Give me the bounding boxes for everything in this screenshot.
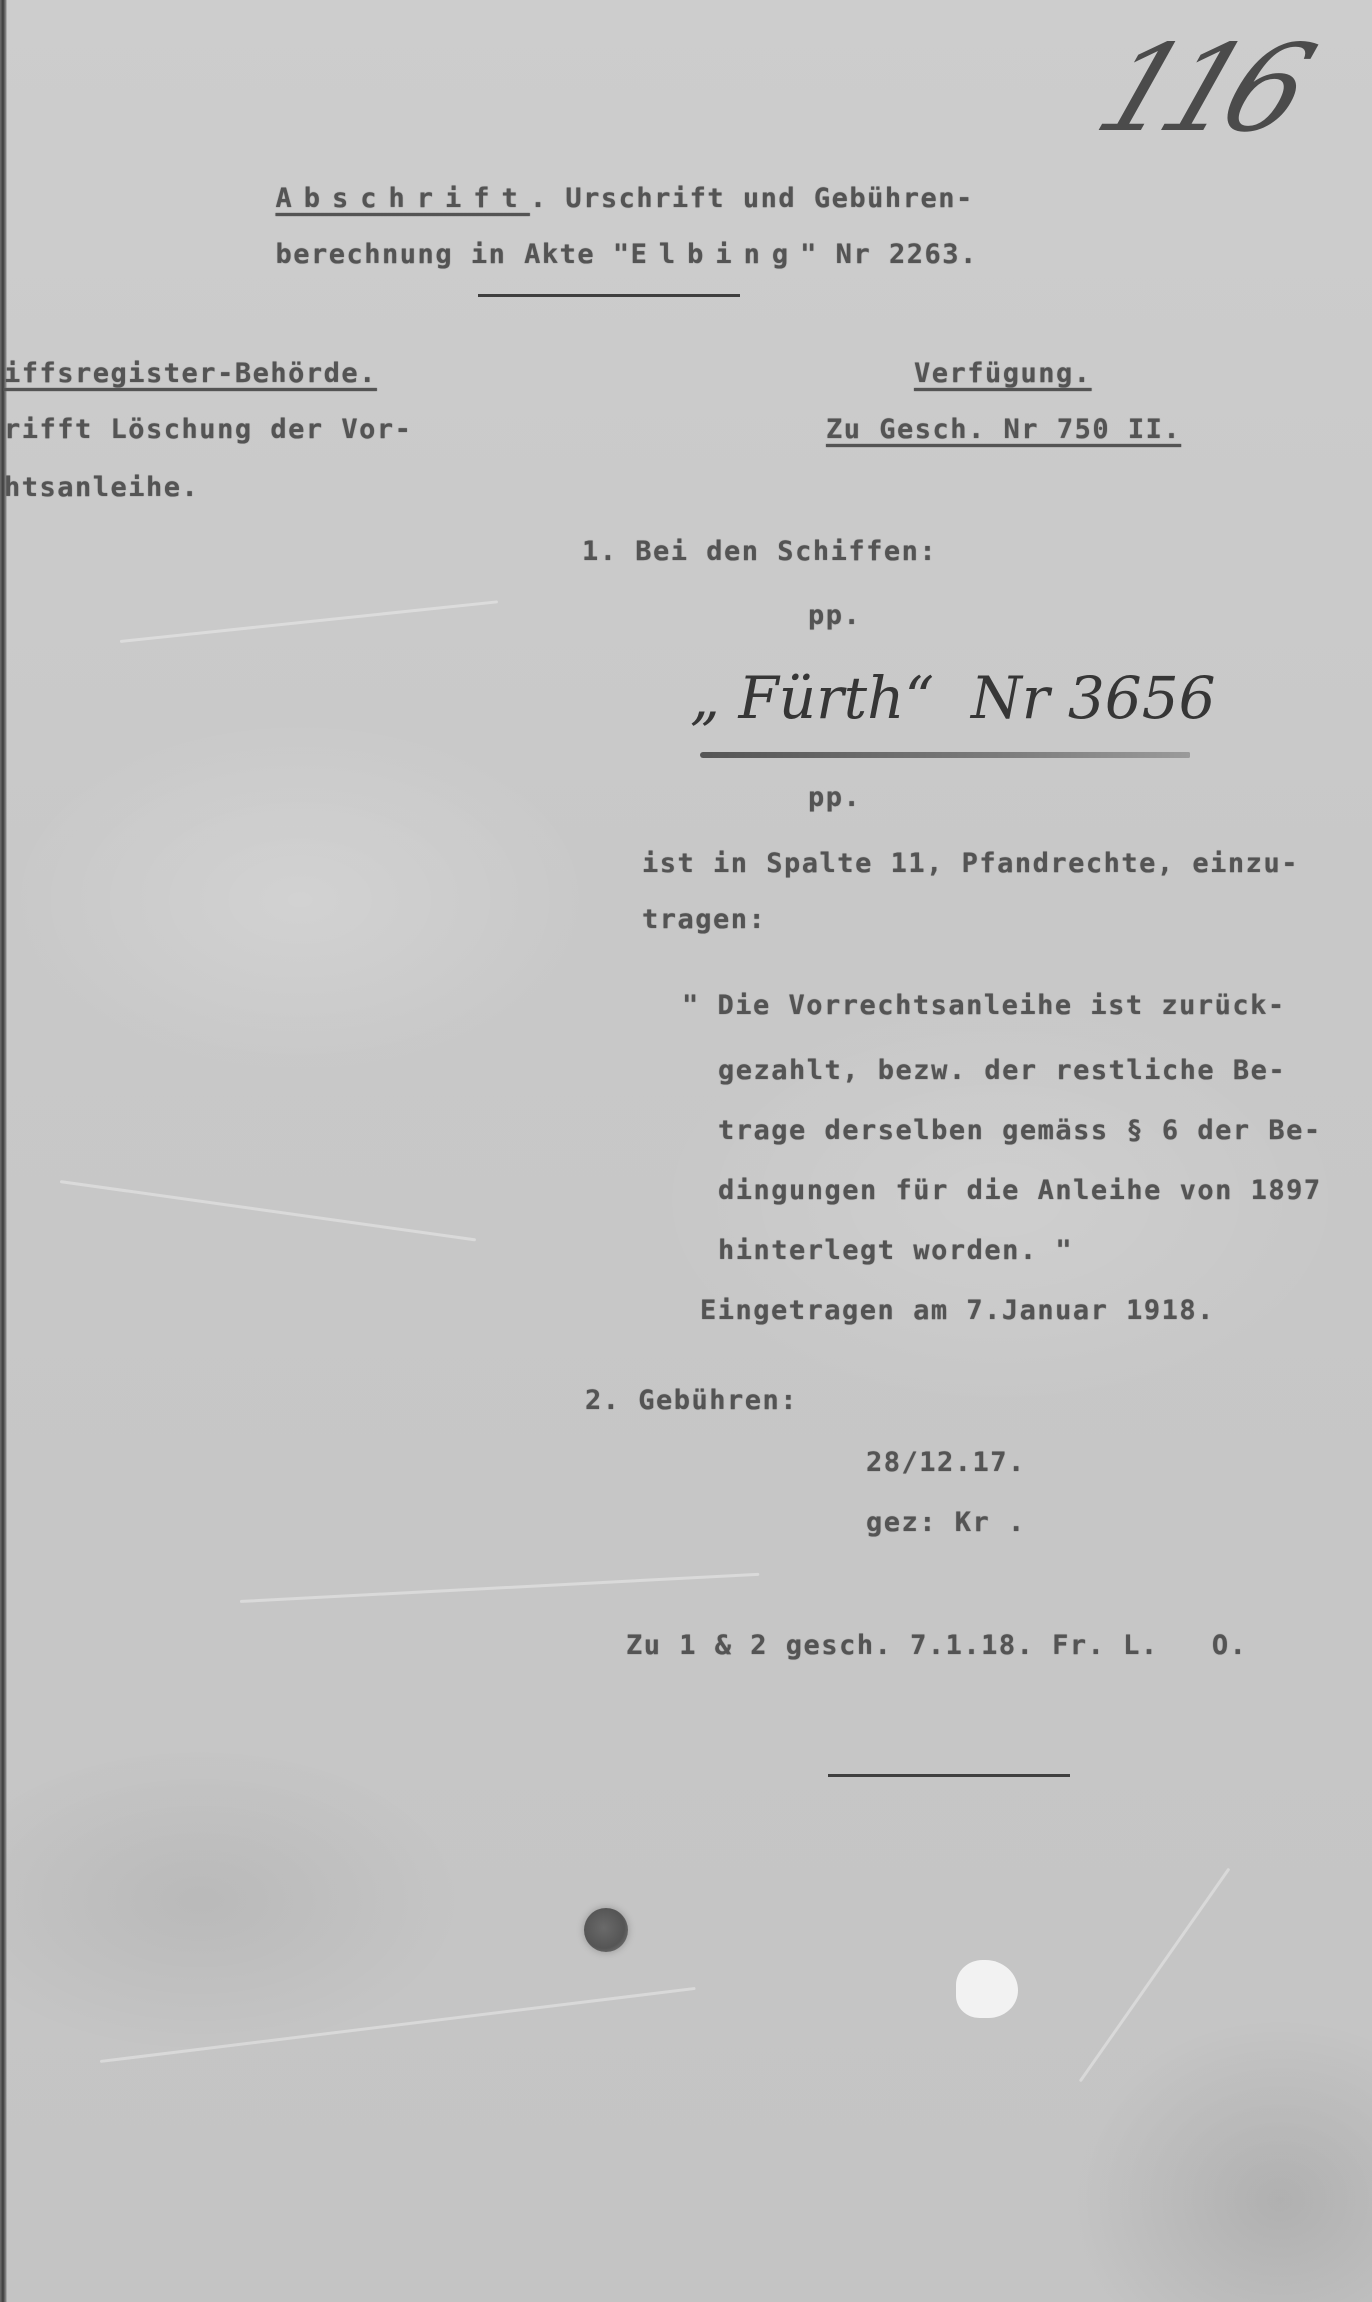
quote-line: " Die Vorrechtsanleihe ist zurück- xyxy=(682,990,1286,1021)
quote-line: hinterlegt worden. " xyxy=(718,1235,1073,1266)
pp-after: pp. xyxy=(808,782,861,813)
quote-line: dingungen für die Anleihe von 1897 xyxy=(718,1175,1322,1206)
header-place: Elbing xyxy=(631,239,801,270)
left-column-line-2: rifft Löschung der Vor- xyxy=(4,414,412,445)
left-column-line-3: htsanleihe. xyxy=(4,472,199,503)
header-line-2-suffix: " Nr 2263. xyxy=(800,239,978,270)
verfuegung-heading: Verfügung. xyxy=(914,358,1092,389)
fee-date: 28/12.17. xyxy=(866,1447,1026,1478)
ship-name-flourish xyxy=(700,752,1190,758)
reference-number: Zu Gesch. Nr 750 II. xyxy=(826,414,1181,445)
closing-note: Zu 1 & 2 gesch. 7.1.18. Fr. L. O. xyxy=(626,1630,1247,1661)
closing-divider xyxy=(828,1774,1070,1777)
entry-date-line: Eingetragen am 7.Januar 1918. xyxy=(700,1295,1215,1326)
left-column-line-1: iffsregister-Behörde. xyxy=(4,358,377,389)
header-line-1: Abschrift. Urschrift und Gebühren- xyxy=(240,152,974,214)
signed-by: gez: Kr . xyxy=(866,1507,1026,1538)
ship-name-handwritten: „ Fürth“ Nr 3656 xyxy=(690,664,1216,732)
item-1-text-line-2: tragen: xyxy=(642,904,766,935)
item-1-label: 1. Bei den Schiffen: xyxy=(582,536,937,567)
header-divider xyxy=(478,294,740,297)
paper-tear xyxy=(956,1960,1018,2018)
pp-before: pp. xyxy=(808,600,861,631)
quote-line: trage derselben gemäss § 6 der Be- xyxy=(718,1115,1322,1146)
header-line-2: berechnung in Akte "Elbing" Nr 2263. xyxy=(240,208,978,270)
header-line-2-prefix: berechnung in Akte " xyxy=(276,239,631,270)
quote-line: gezahlt, bezw. der restliche Be- xyxy=(718,1055,1286,1086)
punch-hole xyxy=(584,1908,628,1952)
binding-edge xyxy=(0,0,7,2302)
item-1-text-line-1: ist in Spalte 11, Pfandrechte, einzu- xyxy=(642,848,1299,879)
item-2-label: 2. Gebühren: xyxy=(585,1385,798,1416)
